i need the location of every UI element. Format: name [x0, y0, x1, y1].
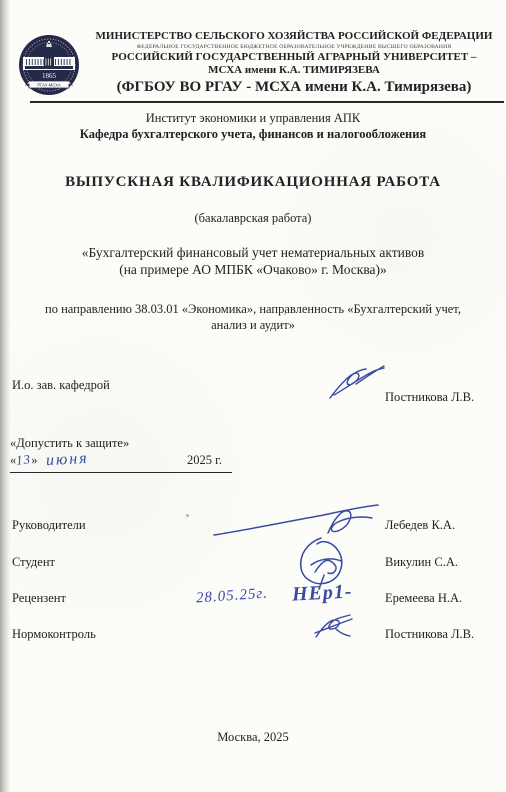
program-line1: по направлению 38.03.01 «Экономика», нап… [0, 302, 506, 317]
program-line2: анализ и аудит» [0, 318, 506, 333]
admission-date-line: « 13 » июня 2025 г. [10, 451, 232, 473]
university-name-line2: МСХА имени К.А. ТИМИРЯЗЕВА [84, 64, 504, 76]
row-label-normcontrol: Нормоконтроль [12, 627, 96, 642]
header-divider [30, 101, 504, 103]
city-year-footer: Москва, 2025 [0, 730, 506, 745]
head-name: Постникова Л.В. [385, 390, 474, 405]
row-name-supervisor: Лебедев К.А. [385, 518, 455, 533]
institution-type-line: ФЕДЕРАЛЬНОЕ ГОСУДАРСТВЕННОЕ БЮДЖЕТНОЕ ОБ… [84, 44, 504, 50]
university-emblem-icon: 1865 РГАУ-МСХА [17, 33, 81, 97]
department-line: Кафедра бухгалтерского учета, финансов и… [0, 127, 506, 142]
thesis-title-line1: «Бухгалтерский финансовый учет нематериа… [0, 245, 506, 261]
head-signature [326, 362, 388, 402]
row-name-reviewer: Еремеева Н.А. [385, 591, 462, 606]
row-name-normcontrol: Постникова Л.В. [385, 627, 474, 642]
close-quote: » [31, 453, 37, 468]
document-page: 1865 РГАУ-МСХА МИНИСТЕРСТВО СЕЛЬСКОГО ХО… [0, 0, 506, 792]
admission-title: «Допустить к защите» [10, 436, 129, 451]
reviewer-handwritten-date: 28.05.25г. [195, 586, 268, 608]
scan-speckle [284, 313, 286, 315]
reviewer-signature: НЕр1- [291, 580, 353, 606]
row-label-reviewer: Рецензент [12, 591, 66, 606]
emblem-banner: РГАУ-МСХА [37, 83, 61, 88]
university-short-name: (ФГБОУ ВО РГАУ - МСХА имени К.А. Тимиряз… [84, 79, 504, 96]
admission-year: 2025 г. [187, 453, 222, 468]
work-kind-subtitle: (бакалаврская работа) [0, 211, 506, 226]
row-label-student: Студент [12, 555, 55, 570]
head-of-department-label: И.о. зав. кафедрой [12, 378, 110, 393]
work-type-title: ВЫПУСКНАЯ КВАЛИФИКАЦИОННАЯ РАБОТА [0, 174, 506, 191]
scan-speckle [186, 514, 189, 517]
handwritten-month: июня [45, 450, 89, 470]
normcontrol-signature [312, 611, 354, 641]
row-label-supervisors: Руководители [12, 518, 86, 533]
thesis-title-line2: (на примере АО МПБК «Очаково» г. Москва)… [0, 262, 506, 278]
handwritten-day: 13 [15, 451, 32, 468]
institute-line: Институт экономики и управления АПК [0, 111, 506, 126]
emblem-year: 1865 [42, 72, 57, 80]
university-name-line1: РОССИЙСКИЙ ГОСУДАРСТВЕННЫЙ АГРАРНЫЙ УНИВ… [84, 51, 504, 63]
row-name-student: Викулин С.А. [385, 555, 458, 570]
scan-speckle [420, 92, 422, 94]
ministry-line: МИНИСТЕРСТВО СЕЛЬСКОГО ХОЗЯЙСТВА РОССИЙС… [84, 30, 504, 42]
